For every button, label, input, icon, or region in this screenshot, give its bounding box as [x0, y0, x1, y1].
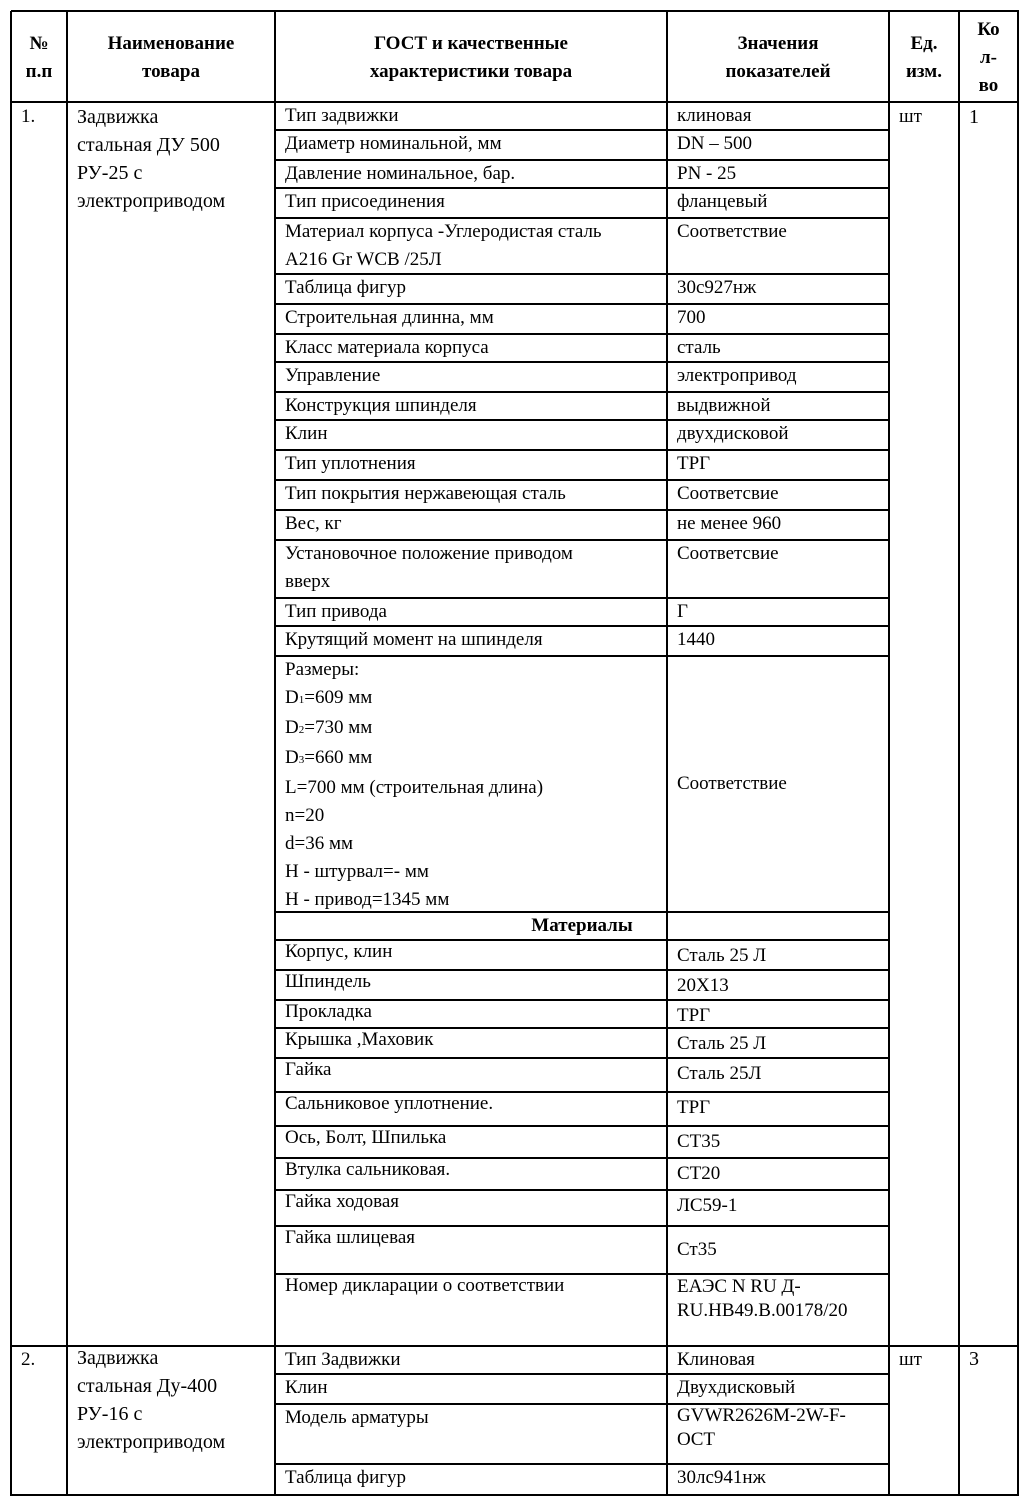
spec-value: PN - 25	[667, 160, 889, 188]
dimensions-title: Размеры:	[285, 656, 667, 684]
spec-label: Тип задвижки	[275, 102, 667, 130]
header-name: Наименование товара	[67, 13, 275, 102]
spec-label: Материал корпуса -Углеродистая сталь A21…	[275, 218, 667, 274]
spec-label: Тип присоединения	[275, 188, 667, 218]
table-bottom-border	[11, 1494, 1019, 1496]
spec-value: 700	[667, 304, 889, 334]
spec-value: не менее 960	[667, 510, 889, 540]
material-value: СТ35	[667, 1128, 889, 1160]
spec-label: Клин	[275, 420, 667, 450]
spec-label: Таблица фигур	[275, 274, 667, 304]
row-divider	[275, 625, 890, 627]
row-divider	[275, 597, 890, 599]
material-value: Сталь 25 Л	[667, 942, 889, 972]
row-divider	[275, 129, 890, 131]
material-value: ТРГ	[667, 1002, 889, 1030]
item-number: 1.	[11, 103, 67, 133]
spec-label: Клин	[275, 1374, 667, 1404]
dimension-value: =609 мм	[304, 687, 372, 708]
spec-value: Г	[667, 598, 889, 626]
spec-value: Двухдисковый	[667, 1374, 889, 1404]
table-left-border	[10, 11, 12, 1496]
dimensions-value: Соответствие	[667, 656, 889, 912]
dimension-text: D	[285, 687, 299, 708]
spec-value: клиновая	[667, 102, 889, 130]
material-label: Шпиндель	[275, 968, 667, 998]
dimension-line: H - привод=1345 мм	[285, 886, 667, 914]
row-divider	[275, 187, 890, 189]
spec-value: DN – 500	[667, 130, 889, 160]
row-divider	[275, 333, 890, 335]
dimension-line: H - штурвал=- мм	[285, 858, 667, 886]
dimension-text: H - привод=1345 мм	[285, 889, 449, 910]
material-value: Сталь 25Л	[667, 1060, 889, 1094]
row-divider	[275, 509, 890, 511]
dimension-line: D2=730 мм	[285, 714, 667, 744]
row-divider	[275, 539, 890, 541]
spec-label: Давление номинальное, бар.	[275, 160, 667, 188]
table-right-border	[1017, 11, 1019, 1496]
row-divider	[275, 273, 890, 275]
spec-label: Диаметр номинальной, мм	[275, 130, 667, 160]
spec-value: Соответсвие	[667, 540, 889, 598]
dimension-text: L=700 мм (строительная длина)	[285, 777, 543, 798]
spec-label: Вес, кг	[275, 510, 667, 540]
spec-label: Крутящий момент на шпинделя	[275, 626, 667, 656]
row-divider	[275, 479, 890, 481]
dimension-text: D	[285, 717, 299, 738]
material-label: Номер дикларации о соответствии	[275, 1272, 667, 1344]
row-divider	[275, 449, 890, 451]
spec-value: 30с927нж	[667, 274, 889, 304]
spec-label: Таблица фигур	[275, 1464, 667, 1494]
dimension-text: n=20	[285, 805, 324, 826]
spec-label: Строительная длинна, мм	[275, 304, 667, 334]
item-unit: шт	[889, 1346, 959, 1376]
spec-label: Управление	[275, 362, 667, 392]
spec-value: Соответствие	[667, 218, 889, 274]
spec-label: Конструкция шпинделя	[275, 392, 667, 420]
spec-label: Тип уплотнения	[275, 450, 667, 480]
spec-label: Установочное положение приводом вверх	[275, 540, 667, 598]
material-value: ЕАЭС N RU Д- RU.HB49.B.00178/20	[667, 1275, 889, 1347]
item-quantity: 3	[959, 1345, 1018, 1375]
column-divider	[66, 11, 68, 1496]
header-unit: Ед. изм.	[889, 13, 959, 102]
row-divider	[275, 419, 890, 421]
dimensions-list: Размеры:D1=609 ммD2=730 ммD3=660 ммL=700…	[275, 656, 667, 912]
dimension-text: d=36 мм	[285, 833, 353, 854]
table-top-border	[11, 10, 1019, 12]
spec-label: Модель арматуры	[275, 1404, 667, 1464]
material-value: ЛС59-1	[667, 1192, 889, 1228]
spec-value: ТРГ	[667, 450, 889, 480]
header-qty: Ко л- во	[959, 13, 1018, 102]
spec-value: GVWR2626M-2W-F- OCT	[667, 1404, 889, 1464]
dimension-line: L=700 мм (строительная длина)	[285, 774, 667, 802]
dimension-text: H - штурвал=- мм	[285, 861, 429, 882]
material-label: Прокладка	[275, 998, 667, 1026]
materials-heading: Материалы	[275, 912, 889, 940]
material-label: Гайка ходовая	[275, 1188, 667, 1224]
row-divider	[275, 303, 890, 305]
material-value: ТРГ	[667, 1094, 889, 1128]
spec-label: Тип Задвижки	[275, 1346, 667, 1374]
dimension-line: d=36 мм	[285, 830, 667, 858]
header-values: Значения показателей	[667, 13, 889, 102]
material-label: Корпус, клин	[275, 938, 667, 968]
dimension-value: =660 мм	[304, 747, 372, 768]
row-divider	[275, 159, 890, 161]
material-value: СТ20	[667, 1160, 889, 1192]
material-label: Гайка шлицевая	[275, 1224, 667, 1272]
item-number: 2.	[11, 1346, 67, 1376]
item-quantity: 1	[959, 103, 1018, 133]
spec-value: Клиновая	[667, 1346, 889, 1374]
spec-label: Тип привода	[275, 598, 667, 626]
header-gost: ГОСТ и качественные характеристики товар…	[275, 13, 667, 102]
material-label: Втулка сальниковая.	[275, 1156, 667, 1188]
row-divider	[275, 361, 890, 363]
spec-value: выдвижной	[667, 392, 889, 420]
spec-value: двухдисковой	[667, 420, 889, 450]
row-divider	[275, 217, 890, 219]
spec-value: Соответсвие	[667, 480, 889, 510]
spec-value: фланцевый	[667, 188, 889, 218]
material-label: Крышка ,Маховик	[275, 1026, 667, 1056]
material-value: Сталь 25 Л	[667, 1030, 889, 1060]
header-num: № п.п	[11, 13, 67, 102]
material-value: 20Х13	[667, 972, 889, 1002]
column-divider	[958, 11, 960, 1496]
dimension-line: D3=660 мм	[285, 744, 667, 774]
spec-label: Тип покрытия нержавеющая сталь	[275, 480, 667, 510]
material-label: Гайка	[275, 1056, 667, 1090]
dimension-line: n=20	[285, 802, 667, 830]
row-divider	[275, 391, 890, 393]
spec-label: Класс материала корпуса	[275, 334, 667, 362]
dimension-line: D1=609 мм	[285, 684, 667, 714]
spec-value: 1440	[667, 626, 889, 656]
dimension-text: D	[285, 747, 299, 768]
item-unit: шт	[889, 103, 959, 133]
material-label: Сальниковое уплотнение.	[275, 1090, 667, 1124]
item-name: Задвижка стальная Ду-400 РУ-16 с электро…	[67, 1344, 275, 1454]
material-label: Ось, Болт, Шпилька	[275, 1124, 667, 1156]
item-name: Задвижка стальная ДУ 500 РУ-25 с электро…	[67, 103, 275, 213]
spec-value: электропривод	[667, 362, 889, 392]
spec-value: 30лс941нж	[667, 1464, 889, 1494]
dimension-value: =730 мм	[304, 717, 372, 738]
spec-value: сталь	[667, 334, 889, 362]
